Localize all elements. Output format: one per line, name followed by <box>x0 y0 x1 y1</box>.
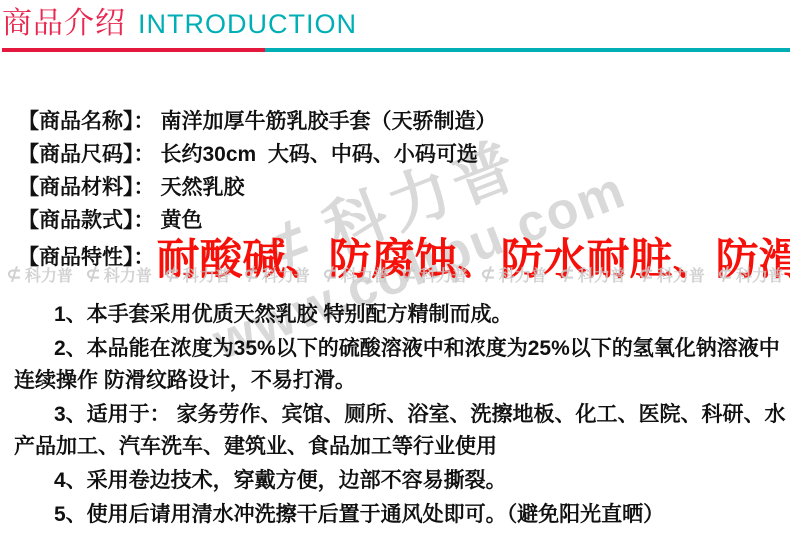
feature-value-highlight: 耐酸碱、防腐蚀、防水耐脏、防滑 <box>157 239 790 282</box>
field-label: 【商品材料】： <box>18 176 155 199</box>
field-value: 黄色 <box>161 209 203 232</box>
section-title-zh: 商品介绍 <box>2 8 126 40</box>
feature-label: 【商品特性】： <box>18 241 155 271</box>
product-details: 【商品名称】：南洋加厚牛筋乳胶手套（天骄制造） 【商品尺码】：长约30cm 大码… <box>0 105 790 531</box>
field-label: 【商品名称】： <box>18 110 155 133</box>
note-item-2: 2、本品能在浓度为35%以下的硫酸溶液中和浓度为25%以下的氢氧化钠溶液中连续操… <box>14 333 788 397</box>
divider-teal-segment <box>265 48 790 52</box>
field-value: 南洋加厚牛筋乳胶手套（天骄制造） <box>161 110 497 133</box>
section-title: 商品介绍 INTRODUCTION <box>2 8 790 40</box>
note-item-3: 3、适用于： 家务劳作、宾馆、厕所、浴室、洗擦地板、化工、医院、科研、水产品加工… <box>14 399 788 463</box>
field-product-style: 【商品款式】：黄色 <box>18 204 788 237</box>
field-value: 天然乳胶 <box>161 176 245 199</box>
header-divider <box>2 48 790 52</box>
section-title-en: INTRODUCTION <box>138 8 357 40</box>
section-header: 商品介绍 INTRODUCTION <box>0 0 790 52</box>
divider-red-segment <box>2 48 265 52</box>
note-item-5: 5、使用后请用清水冲洗擦干后置于通风处即可。（避免阳光直晒） <box>14 499 788 531</box>
note-item-4: 4、采用卷边技术，穿戴方便，边部不容易撕裂。 <box>14 465 788 497</box>
field-label: 【商品款式】： <box>18 209 155 232</box>
field-product-name: 【商品名称】：南洋加厚牛筋乳胶手套（天骄制造） <box>18 105 788 138</box>
field-label: 【商品尺码】： <box>18 143 155 166</box>
product-introduction-page: 商品介绍 INTRODUCTION ⊄ 科力普 www.colipu.com 【… <box>0 0 790 553</box>
field-product-features: 【商品特性】： 耐酸碱、防腐蚀、防水耐脏、防滑 <box>18 237 788 284</box>
field-product-material: 【商品材料】：天然乳胶 <box>18 171 788 204</box>
field-product-size: 【商品尺码】：长约30cm 大码、中码、小码可选 <box>18 138 788 171</box>
note-item-1: 1、本手套采用优质天然乳胶 特别配方精制而成。 <box>14 299 788 331</box>
product-notes-list: 1、本手套采用优质天然乳胶 特别配方精制而成。 2、本品能在浓度为35%以下的硫… <box>14 299 788 531</box>
field-value: 长约30cm 大码、中码、小码可选 <box>161 143 478 166</box>
